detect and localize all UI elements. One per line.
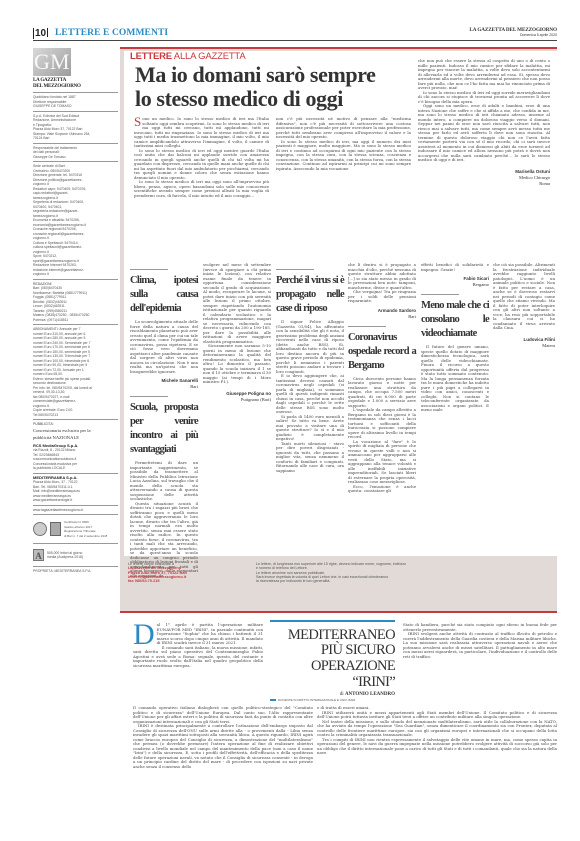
mediterranea-info: MEDITERRANEA S.p.A.Piazza Aldo Moro, 37 … — [33, 473, 118, 505]
issue-date: Domenica 5 aprile 2020 — [520, 33, 557, 38]
letters-section: LETTERE ALLA GAZZETTA Ma io domani sarò … — [120, 47, 557, 613]
irini-wide-col: Il comando operativo italiano dialogherà… — [133, 706, 313, 769]
video-headline: Meno male che ci consolano le videochiam… — [421, 299, 489, 341]
letters-col-c: Perché il virus si è propagato nelle cas… — [276, 263, 344, 473]
masthead-info: Quotidiano fondato nel 1887Direttore res… — [33, 92, 118, 111]
main-letter-col2: non c'è più necessità né motivo di pensa… — [276, 117, 411, 171]
rubric: LETTERE ALLA GAZZETTA — [130, 51, 245, 62]
letters-submission-note: Le lettere vanno indirizzate a La Gazzet… — [124, 560, 557, 606]
byline: di ANTONIO LEANDRO — [270, 691, 395, 698]
rcs-info: RCS MediaGroup S.p.A.via Rizzoli, 8 - 20… — [33, 444, 118, 471]
letters-col-a: Clima, ipotesi sulla causa dell'epidemia… — [130, 263, 198, 578]
letters-col-f: che ciò sia possibile. Altrimenti la fru… — [493, 263, 555, 349]
author-role: DOCENTE DI DIRITTO INTERNAZIONALE E UNIV… — [270, 698, 395, 702]
page-number: 10 — [33, 28, 48, 39]
company-info: S.p.A. Edisrice del Sud-EdisudRedazione,… — [33, 111, 118, 143]
virus-headline: Perché il virus si è propagato nelle cas… — [276, 274, 344, 316]
section-title: LETTERE E COMMENTI — [55, 28, 168, 39]
main-letter-col1: Sono un medico. Io sono lo stesso medico… — [134, 117, 269, 198]
clima-signature: Michele Sanarelli Bari — [130, 378, 198, 390]
red-rule — [120, 47, 557, 49]
logo-name: LA GAZZETTA DEL MEZZOGIORNO — [33, 78, 118, 89]
contacts-info: Sede centrale di Bari:Centralino: 080/54… — [33, 161, 118, 279]
scuola-headline: Scuola, proposta per venire incontro ai … — [130, 401, 198, 457]
red-rule-bottom — [120, 611, 557, 614]
irini-col1: Dal 1° aprile è partita l'operazione mil… — [133, 623, 263, 668]
privacy-info: Responsabile del trattamentodei dati per… — [33, 143, 118, 162]
irini-col3: Stato di bandiera, purché sia stato comp… — [403, 623, 557, 659]
main-letter-p3a: Io sono lo stesso medico di ieri ma oggi… — [134, 180, 269, 198]
website-link[interactable]: www.lagazzettadelmezzogiorno.it — [33, 505, 118, 515]
readership-info: A 505.000 lettori al giornomedia (Audipr… — [33, 543, 118, 566]
scuola-signature: Giuseppe Poligna no Putignano (Bari) — [203, 391, 271, 403]
ownership-info: PROPRIETÀ: MEDITERRANEA S.P.A. — [33, 566, 118, 576]
main-letter-col3: che non può che essere la stessa al cosp… — [418, 59, 550, 187]
letters-col-b: svolgere nel mese di settembre (invece d… — [203, 263, 271, 403]
main-signature: Marisella Ostuni Medico Chirurgo Roma — [418, 169, 550, 187]
letters-col-d: che lì dentro si è propagato a macchia d… — [348, 263, 416, 494]
advertising-info: PUBBLICITÀ: Concessionaria esclusiva per… — [33, 419, 118, 473]
masthead-sidebar: G M LA GAZZETTA DEL MEZZOGIORNO Quotidia… — [33, 48, 118, 838]
irini-headline-block: MEDITERRANEO PIÙ SICURO OPERAZIONE “IRIN… — [270, 620, 395, 702]
redazioni-info: REDAZIONI Bari: (080)5470430Nordbarese: … — [33, 279, 118, 325]
subscriptions-info: ABBONAMENTI: Annuale per 7numeri Euro 31… — [33, 324, 118, 419]
letters-col-e: effetti benefici di solidarietà e impegn… — [421, 263, 489, 413]
gm-logo-icon: G M — [33, 48, 71, 76]
certification-seal-icon — [33, 522, 47, 536]
main-headline: Ma io domani sarò sempre lo stesso medic… — [135, 63, 395, 111]
clima-headline: Clima, ipotesi sulla causa dell'epidemia — [130, 274, 198, 316]
virus-signature: Armando Sardoro Bari — [348, 308, 416, 320]
audipress-icon: A — [33, 549, 44, 561]
video-signature: Ludovica Filini Matera — [493, 337, 555, 349]
bergamo-signature: Fabio Sicari Bergamo — [421, 276, 489, 288]
bergamo-headline: Coronavirus ospedale record a Bergamo — [348, 331, 416, 373]
certification-info: Certificato N. 8606relativo all'anno 201… — [33, 514, 118, 543]
irini-article: Dal 1° aprile è partita l'operazione mil… — [120, 620, 557, 830]
irini-col2: e di tratta di esseri umani. IRINI utili… — [317, 706, 557, 756]
ads-certification-icon — [50, 522, 61, 536]
page-header: 10 LETTERE E COMMENTI LA GAZZETTA DEL ME… — [33, 28, 557, 41]
